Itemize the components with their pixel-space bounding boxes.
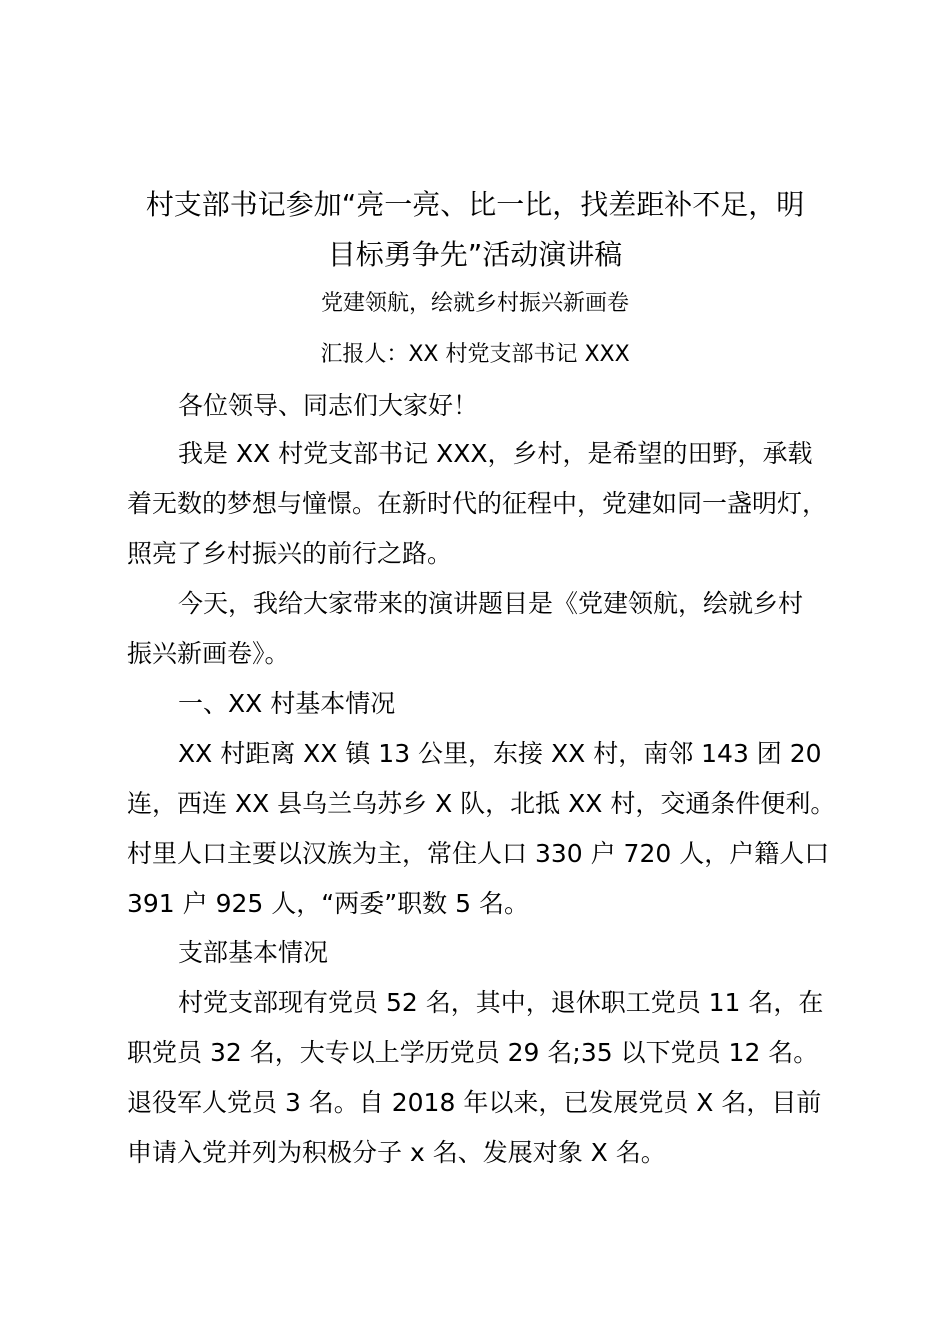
branch-paragraph-line-1: 村党支部现有党员 52 名，其中，退休职工党员 11 名，在: [178, 987, 823, 1019]
village-paragraph-line-2: 连，西连 XX 县乌兰乌苏乡 X 队，北抵 XX 村，交通条件便利。: [127, 788, 835, 820]
village-paragraph-line-4: 391 户 925 人，“两委”职数 5 名。: [127, 888, 529, 920]
document-page: 村支部书记参加“亮一亮、比一比，找差距补不足，明 目标勇争先”活动演讲稿 党建领…: [0, 0, 950, 1344]
village-paragraph-line-3: 村里人口主要以汉族为主，常住人口 330 户 720 人，户籍人口: [127, 838, 829, 870]
topic-paragraph-line-1: 今天，我给大家带来的演讲题目是《党建领航，绘就乡村: [178, 588, 803, 620]
topic-paragraph-line-2: 振兴新画卷》。: [127, 638, 290, 670]
branch-paragraph-line-2: 职党员 32 名，大专以上学历党员 29 名;35 以下党员 12 名。: [127, 1037, 818, 1069]
village-paragraph-line-1: XX 村距离 XX 镇 13 公里，东接 XX 村，南邻 143 团 20: [178, 738, 822, 770]
document-title-line-2: 目标勇争先”活动演讲稿: [0, 237, 950, 273]
intro-paragraph-line-2: 着无数的梦想与憧憬。在新时代的征程中，党建如同一盏明灯，: [127, 488, 827, 520]
document-subtitle: 党建领航，绘就乡村振兴新画卷: [0, 289, 950, 319]
branch-paragraph-line-3: 退役军人党员 3 名。自 2018 年以来，已发展党员 X 名，目前: [127, 1087, 821, 1119]
greeting-paragraph: 各位领导、同志们大家好！: [178, 390, 478, 422]
intro-paragraph-line-1: 我是 XX 村党支部书记 XXX，乡村，是希望的田野，承载: [178, 438, 812, 470]
branch-paragraph-line-4: 申请入党并列为积极分子 x 名、发展对象 X 名。: [127, 1137, 666, 1169]
document-reporter: 汇报人：XX 村党支部书记 XXX: [0, 340, 950, 370]
document-title-line-1: 村支部书记参加“亮一亮、比一比，找差距补不足，明: [0, 187, 950, 223]
section-heading-branch-overview: 支部基本情况: [178, 937, 328, 969]
intro-paragraph-line-3: 照亮了乡村振兴的前行之路。: [127, 538, 452, 570]
section-heading-village-overview: 一、XX 村基本情况: [178, 688, 395, 720]
